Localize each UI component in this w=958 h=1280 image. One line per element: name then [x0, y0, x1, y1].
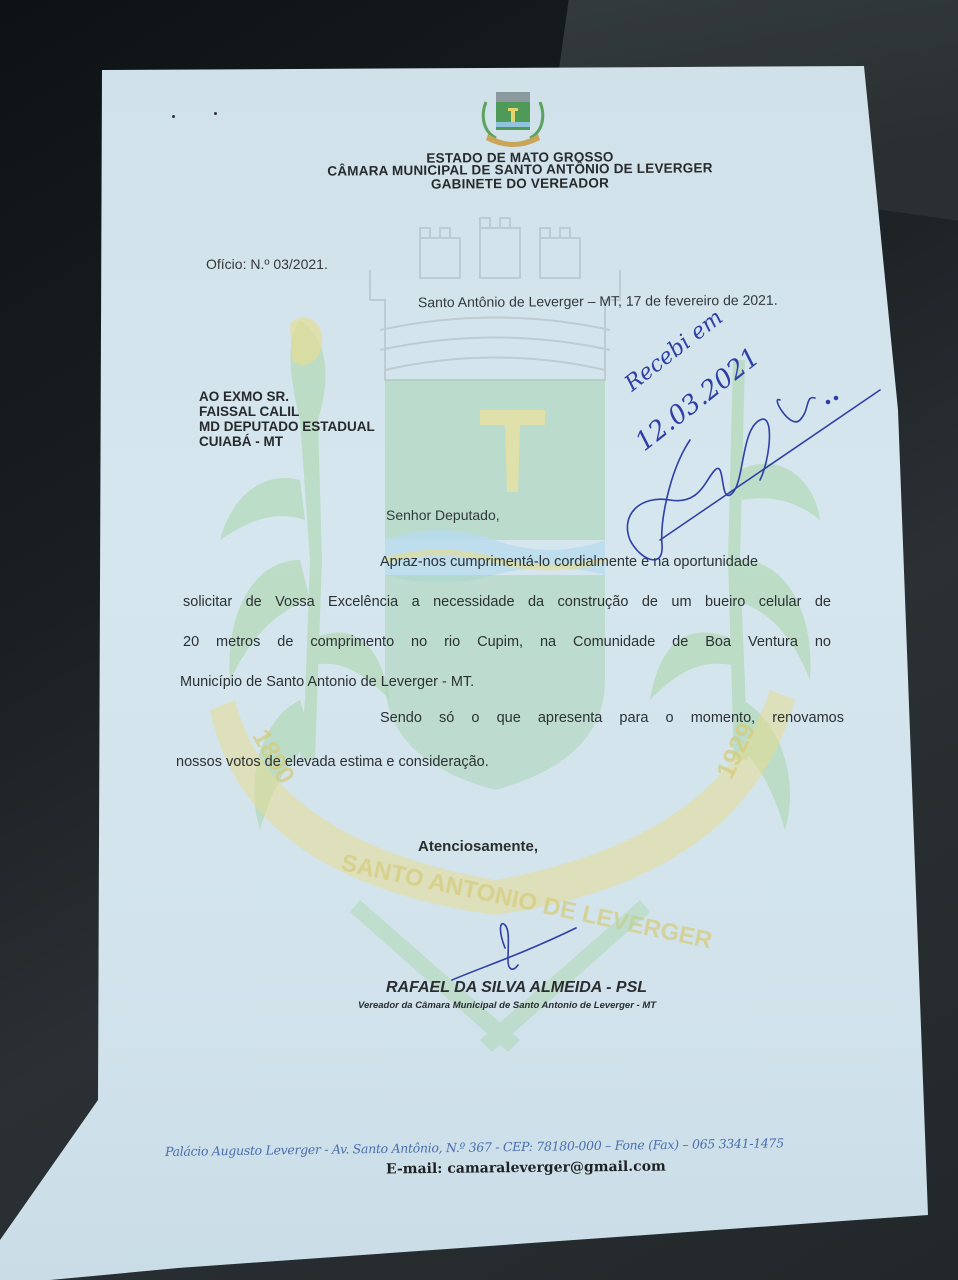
- closing: Atenciosamente,: [418, 838, 538, 855]
- recipient-title: MD DEPUTADO ESTADUAL: [199, 419, 375, 434]
- body-paragraph-2-line-2: nossos votos de elevada estima e conside…: [176, 754, 489, 770]
- recipient-name: FAISSAL CALIL: [199, 404, 299, 419]
- salutation: Senhor Deputado,: [386, 507, 500, 523]
- body-paragraph-1-line-2: solicitar de Vossa Excelência a necessid…: [183, 594, 831, 610]
- body-paragraph-1-line-1: Apraz-nos cumprimentá-lo cordialmente e …: [380, 554, 758, 570]
- recipient-line: AO EXMO SR.: [199, 389, 289, 404]
- body-paragraph-1-line-4: Município de Santo Antonio de Leverger -…: [180, 674, 474, 690]
- place-date: Santo Antônio de Leverger – MT, 17 de fe…: [418, 292, 778, 311]
- recipient-city: CUIABÁ - MT: [199, 434, 283, 449]
- letterhead-line-3: GABINETE DO VEREADOR: [300, 174, 740, 192]
- coat-of-arms-icon: [478, 92, 548, 152]
- letter-paper: 1890 1929 SANTO ANTONIO DE LEVERGER ESTA…: [0, 0, 958, 1280]
- signer-name: RAFAEL DA SILVA ALMEIDA - PSL: [386, 979, 647, 997]
- body-paragraph-1-line-3: 20 metros de comprimento no rio Cupim, n…: [183, 634, 831, 650]
- signer-role: Vereador da Câmara Municipal de Santo An…: [358, 1000, 656, 1011]
- footer-email: E-mail: camaraleverger@gmail.com: [386, 1159, 666, 1178]
- oficio-number: Ofício: N.º 03/2021.: [206, 256, 328, 272]
- paper-speck: [214, 112, 217, 115]
- footer-address: Palácio Augusto Leverger - Av. Santo Ant…: [165, 1135, 784, 1159]
- paper-speck: [172, 115, 175, 118]
- body-paragraph-2-line-1: Sendo só o que apresenta para o momento,…: [380, 710, 844, 726]
